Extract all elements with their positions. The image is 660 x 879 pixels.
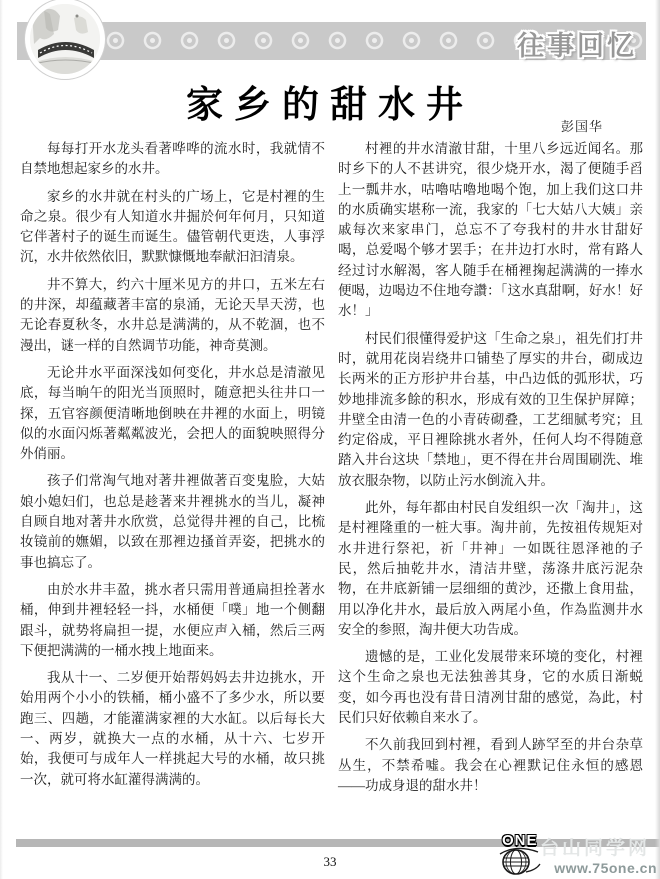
globe-icon	[496, 846, 542, 876]
paragraph: 每每打开水龙头看著哗哗的流水时，我就情不自禁地想起家乡的水井。	[20, 139, 325, 180]
paragraph: 孩子们常淘气地对著井裡做著百变鬼脸，大姑娘小媳妇们，也总是趁著来井裡挑水的当儿，…	[20, 471, 325, 572]
watermark: 台山同学网 ONE www.75one.cn	[490, 830, 660, 879]
watermark-url: www.75one.cn	[554, 860, 657, 876]
header-ornament-band: 往事回忆	[17, 22, 646, 60]
paragraph: 遗憾的是，工业化发展带来环境的变化，村裡这个生命之泉也无法独善其身，它的水质日渐…	[338, 647, 643, 728]
paragraph: 井不算大，约六十厘米见方的井口，五米左右的井深，却蕴藏著丰富的泉涌，无论天旱天涝…	[20, 275, 325, 356]
paragraph: 无论井水平面深浅如何变化，井水总是清澈见底，每当晌午的阳光当顶照时，随意把头往井…	[20, 363, 325, 464]
left-column: 每每打开水龙头看著哗哗的流水时，我就情不自禁地想起家乡的水井。家乡的水井就在村头…	[20, 139, 325, 803]
paragraph: 不久前我回到村裡，看到人跡罕至的井台杂草丛生，不禁希噓。我会在心裡默记住永恒的感…	[338, 735, 643, 796]
scan-edge-right	[655, 0, 660, 879]
paragraph: 由於水井丰盈，挑水者只需用普通扁担拴著水桶，伸到井裡轻轻一抖，水桶便「噗」地一个…	[20, 580, 325, 661]
scan-edge-left	[0, 0, 3, 879]
right-column: 村裡的井水清澈甘甜，十里八乡远近闻名。那时乡下的人不甚讲究，很少烧开水，渴了便随…	[338, 139, 643, 803]
section-label: 往事回忆	[517, 24, 637, 63]
paragraph: 我从十一、二岁便开始帮妈妈去井边挑水，开始用两个小小的铁桶，桶小盛不了多少水，所…	[20, 668, 325, 790]
magazine-page: 往事回忆 家乡的甜水井 彭国华 每每打开水龙头看著哗哗的流水时，我就情不自禁地想…	[0, 0, 660, 879]
article-body: 每每打开水龙头看著哗哗的流水时，我就情不自禁地想起家乡的水井。家乡的水井就在村头…	[20, 139, 643, 803]
bridge-vignette-icon	[30, 4, 100, 74]
paragraph: 家乡的水井就在村头的广场上，它是村裡的生命之泉。很少有人知道水井掘於何年何月，只…	[20, 187, 325, 268]
paragraph: 村民们很懂得爱护这「生命之泉」，祖先们打井时，就用花岗岩绕井口铺垫了厚实的井台，…	[338, 329, 643, 491]
paragraph: 此外，每年都由村民自发组织一次「淘井」，这是村裡隆重的一桩大事。淘井前，先按祖传…	[338, 498, 643, 640]
paragraph: 村裡的井水清澈甘甜，十里八乡远近闻名。那时乡下的人不甚讲究，很少烧开水，渴了便随…	[338, 139, 643, 322]
watermark-site-name: 台山同学网	[540, 833, 650, 860]
article-author: 彭国华	[561, 116, 603, 135]
